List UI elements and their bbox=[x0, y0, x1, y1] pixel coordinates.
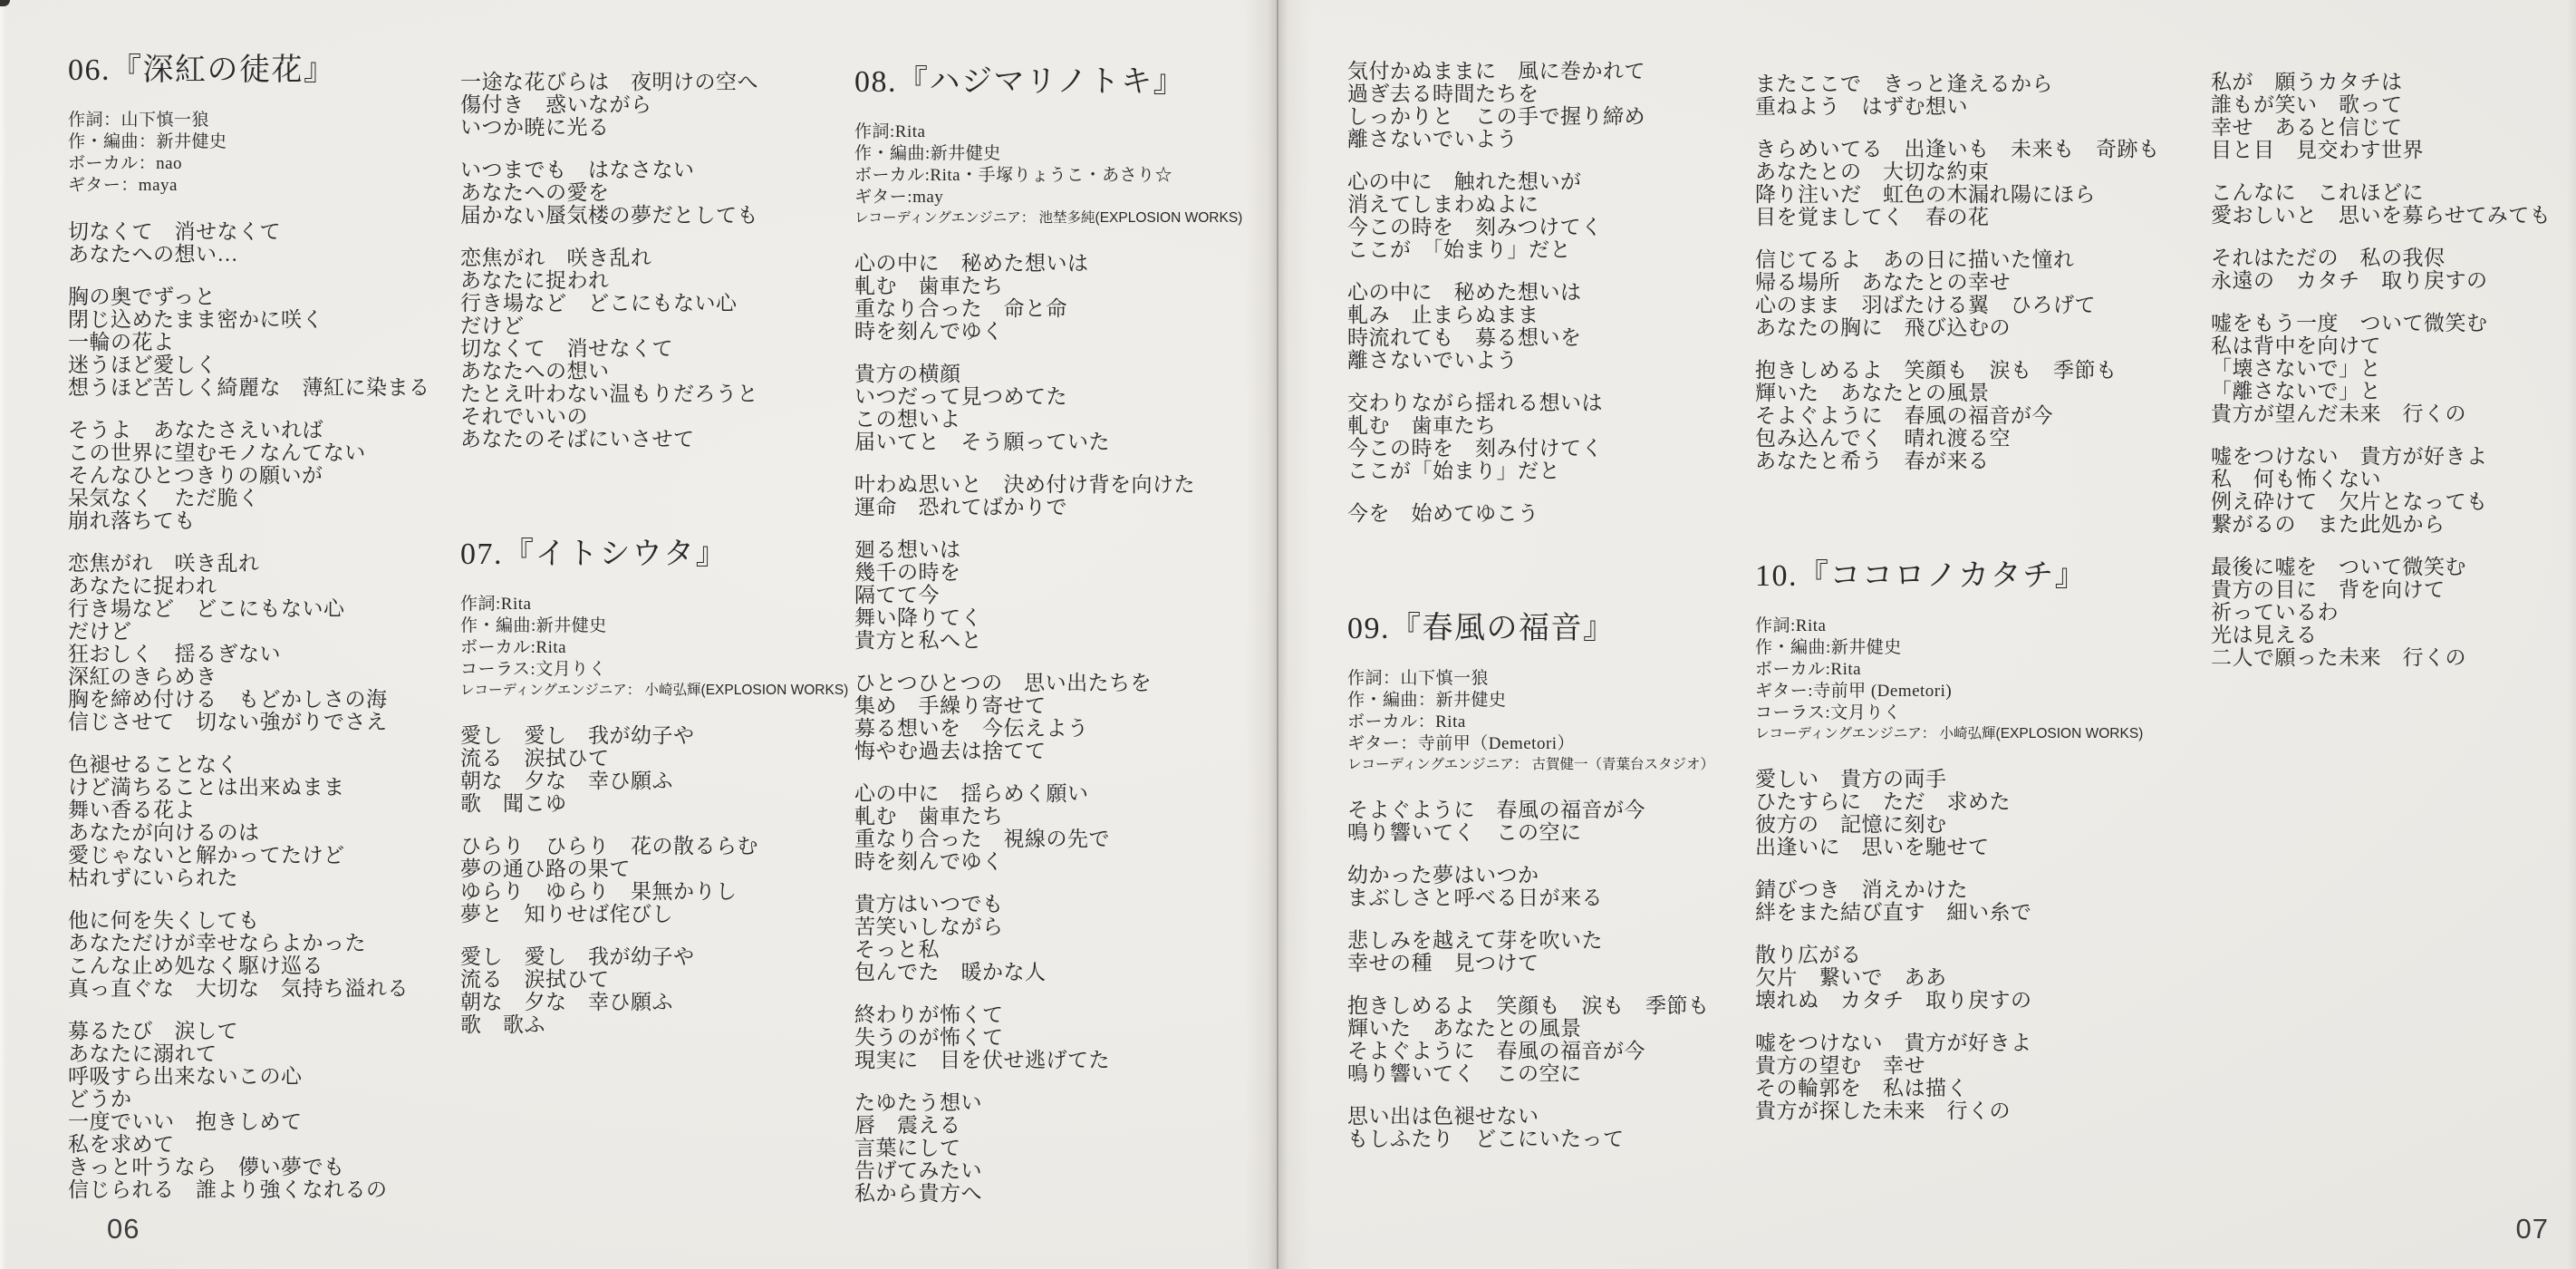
song-title: 10.『ココロノカタチ』 bbox=[1755, 556, 2170, 597]
lyric-line: 私 何も怖くない bbox=[2211, 468, 2576, 490]
lyric-line: 時流れても 募る想いを bbox=[1347, 326, 1757, 349]
lyric-line: 抱きしめるよ 笑顔も 涙も 季節も bbox=[1347, 994, 1757, 1017]
lyric-line: 悲しみを越えて芽を吹いた bbox=[1347, 929, 1757, 952]
stanza: 交わりながら揺れる想いは軋む 歯車たち今この時を 刻み付けてくここが「始まり」だ… bbox=[1347, 392, 1757, 482]
stanza: 心の中に 揺らめく願い軋む 歯車たち重なり合った 視線の先で時を刻んでゆく bbox=[854, 782, 1264, 873]
lyric-line: 今を 始めてゆこう bbox=[1347, 502, 1757, 525]
song-credits: 作詞：山下慎一狼作・編曲：新井健史ボーカル：Ritaギター：寺前甲（Demeto… bbox=[1347, 668, 1757, 775]
lyric-line: 祈っているわ bbox=[2211, 601, 2576, 624]
lyric-line: そよぐように 春風の福音が今 bbox=[1347, 799, 1757, 821]
lyric-line: そよぐように 春風の福音が今 bbox=[1347, 1040, 1757, 1062]
credit-line: ボーカル：Rita bbox=[1347, 712, 1757, 733]
lyric-line: 私が 願うカタチは bbox=[2211, 71, 2576, 93]
lyric-line: 傷付き 惑いながら bbox=[460, 93, 857, 116]
stanza: そうよ あなたさえいればこの世界に望むモノなんてないそんなひとつきりの願いが呆気… bbox=[68, 419, 459, 532]
lyric-line: 出逢いに 思いを馳せて bbox=[1755, 836, 2170, 858]
lyric-line: けど満ちることは出来ぬまま bbox=[68, 776, 459, 799]
scan-edge-left bbox=[0, 0, 6, 1269]
lyric-line: 切なくて 消せなくて bbox=[68, 220, 459, 243]
stanza: 嘘をつけない 貴方が好きよ私 何も怖くない例え砕けて 欠片となっても繋がるの ま… bbox=[2211, 445, 2576, 536]
lyric-line: だけど bbox=[460, 315, 857, 337]
lyric-line: ゆらり ゆらり 果無かりし bbox=[460, 880, 857, 903]
lyric-line: 永遠の カタチ 取り戻すの bbox=[2211, 269, 2576, 292]
credit-line: 作・編曲:新井健史 bbox=[460, 615, 857, 637]
lyric-line: しっかりと この手で握り締め bbox=[1347, 105, 1757, 128]
stanza: ひとつひとつの 思い出たちを集め 手繰り寄せて募る想いを 今伝えよう悔やむ過去は… bbox=[854, 672, 1264, 762]
credit-line: 作・編曲：新井健史 bbox=[68, 131, 459, 153]
lyric-line: 朝な 夕な 幸ひ願ふ bbox=[460, 991, 857, 1013]
lyric-line: あなたに溺れて bbox=[68, 1042, 459, 1065]
lyric-line: 舞い降りてく bbox=[854, 606, 1264, 629]
lyric-line: 輝いた あなたとの風景 bbox=[1755, 382, 2170, 404]
lyric-line: 幾千の時を bbox=[854, 561, 1264, 584]
credit-line: 作詞:Rita bbox=[460, 594, 857, 615]
lyric-line: 行き場など どこにもない心 bbox=[460, 292, 857, 315]
lyric-line: 悔やむ過去は捨てて bbox=[854, 740, 1264, 762]
stanza: 胸の奥でずっと閉じ込めたまま密かに咲く一輪の花よ迷うほど愛しく想うほど苦しく綺麗… bbox=[68, 286, 459, 399]
lyric-line: たとえ叶わない温もりだろうと bbox=[460, 383, 857, 405]
lyric-line: 募る想いを 今伝えよう bbox=[854, 717, 1264, 740]
stanza: 抱きしめるよ 笑顔も 涙も 季節も輝いた あなたとの風景そよぐように 春風の福音… bbox=[1755, 359, 2170, 472]
lyric-line: 愛し 愛し 我が幼子や bbox=[460, 945, 857, 968]
song-credits: 作詞:Rita作・編曲:新井健史ボーカル:Ritaギター:寺前甲 (Demeto… bbox=[1755, 615, 2170, 744]
lyric-line: 錆びつき 消えかけた bbox=[1755, 878, 2170, 901]
stanza: 散り広がる欠片 繋いで ああ壊れぬ カタチ 取り戻すの bbox=[1755, 944, 2170, 1012]
credit-line: コーラス:文月りく bbox=[460, 659, 857, 681]
stanza: たゆたう想い唇 震える言葉にして告げてみたい私から貴方へ bbox=[854, 1091, 1264, 1205]
lyric-line: 鳴り響いてく この空に bbox=[1347, 821, 1757, 844]
stanza: 愛し 愛し 我が幼子や流る 涙拭ひて朝な 夕な 幸ひ願ふ歌 歌ふ bbox=[460, 945, 857, 1036]
lyric-line: 降り注いだ 虹色の木漏れ陽にほら bbox=[1755, 183, 2170, 206]
lyric-line: いつまでも はなさない bbox=[460, 159, 857, 181]
stanza: 心の中に 触れた想いが消えてしまわぬよに今この時を 刻みつけてくここが 「始まり… bbox=[1347, 170, 1757, 261]
stanza: 切なくて 消せなくてあなたへの想い… bbox=[68, 220, 459, 266]
credit-line: 作詞：山下慎一狼 bbox=[1347, 668, 1757, 690]
stanza: 私が 願うカタチは誰もが笑い 歌って幸せ あると信じて目と目 見交わす世界 bbox=[2211, 71, 2576, 161]
lyric-line: 歌 歌ふ bbox=[460, 1013, 857, 1036]
lyric-line: 軋む 歯車たち bbox=[854, 275, 1264, 297]
lyric-line: 歌 聞こゆ bbox=[460, 792, 857, 815]
lyric-line: 切なくて 消せなくて bbox=[460, 337, 857, 360]
lyric-line: 今この時を 刻みつけてく bbox=[1347, 216, 1757, 238]
lyric-line: 貴方の横顔 bbox=[854, 363, 1264, 385]
lyric-line: あなたと希う 春が来る bbox=[1755, 450, 2170, 472]
lyric-line: あなたに捉われ bbox=[460, 269, 857, 292]
stanza: 恋焦がれ 咲き乱れあなたに捉われ行き場など どこにもない心だけど切なくて 消せな… bbox=[460, 247, 857, 450]
lyric-line: 心の中に 揺らめく願い bbox=[854, 782, 1264, 805]
lyric-line: 終わりが怖くて bbox=[854, 1003, 1264, 1026]
lyric-line: またここで きっと逢えるから bbox=[1755, 73, 2170, 95]
lyric-line: 離さないでいよう bbox=[1347, 349, 1757, 372]
lyric-line: その輪郭を 私は描く bbox=[1755, 1077, 2170, 1099]
lyric-line: あなたへの想い… bbox=[68, 243, 459, 266]
lyric-line: 信じさせて 切ない強がりでさえ bbox=[68, 711, 459, 733]
credit-line: 作・編曲:新井健史 bbox=[854, 143, 1264, 165]
lyric-line: 離さないでいよう bbox=[1347, 128, 1757, 150]
lyric-line: 壊れぬ カタチ 取り戻すの bbox=[1755, 989, 2170, 1012]
stanza: 貴方の横顔いつだって見つめてたこの想いよ届いてと そう願っていた bbox=[854, 363, 1264, 453]
lyric-line: 二人で願った未来 行くの bbox=[2211, 646, 2576, 669]
lyric-line: ひたすらに ただ 求めた bbox=[1755, 790, 2170, 813]
stanza: こんなに これほどに愛おしいと 思いを募らせてみても bbox=[2211, 181, 2576, 227]
lyric-line: 重ねよう はずむ想い bbox=[1755, 95, 2170, 118]
credit-line: ギター:寺前甲 (Demetori) bbox=[1755, 681, 2170, 702]
lyric-line: この世界に望むモノなんてない bbox=[68, 441, 459, 464]
stanza: 抱きしめるよ 笑顔も 涙も 季節も輝いた あなたとの風景そよぐように 春風の福音… bbox=[1347, 994, 1757, 1085]
stanza: 心の中に 秘めた想いは軋み 止まらぬまま時流れても 募る想いを離さないでいよう bbox=[1347, 281, 1757, 372]
lyric-line: 軋む 歯車たち bbox=[854, 805, 1264, 828]
lyric-line: 色褪せることなく bbox=[68, 753, 459, 776]
lyric-line: 貴方と私へと bbox=[854, 629, 1264, 652]
lyrics-column-4: 気付かぬままに 風に巻かれて過ぎ去る時間たちをしっかりと この手で握り締め離さな… bbox=[1347, 60, 1757, 1170]
lyric-line: 私は背中を向けて bbox=[2211, 334, 2576, 357]
lyric-line: 私から貴方へ bbox=[854, 1182, 1264, 1205]
credit-line: レコーディングエンジニア： 小崎弘輝(EXPLOSION WORKS) bbox=[460, 681, 857, 701]
lyric-line: 包んでた 暖かな人 bbox=[854, 961, 1264, 983]
lyric-line: 心のまま 羽ばたける翼 ひろげて bbox=[1755, 294, 2170, 316]
lyric-line: 心の中に 秘めた想いは bbox=[1347, 281, 1757, 304]
lyric-line: あなたへの愛を bbox=[460, 181, 857, 204]
lyric-line: 帰る場所 あなたとの幸せ bbox=[1755, 271, 2170, 294]
credit-line: 作詞:Rita bbox=[1755, 615, 2170, 637]
credit-line: 作・編曲：新井健史 bbox=[1347, 690, 1757, 712]
stanza: 今を 始めてゆこう bbox=[1347, 502, 1757, 525]
lyric-line: 鳴り響いてく この空に bbox=[1347, 1062, 1757, 1085]
lyric-line: 繋がるの また此処から bbox=[2211, 513, 2576, 536]
lyric-line: 嘘をもう一度 ついて微笑む bbox=[2211, 312, 2576, 334]
lyric-line: ひとつひとつの 思い出たちを bbox=[854, 672, 1264, 694]
credit-line: レコーディングエンジニア： 小崎弘輝(EXPLOSION WORKS) bbox=[1755, 724, 2170, 744]
lyric-line: 想うほど苦しく綺麗な 薄紅に染まる bbox=[68, 376, 459, 399]
lyric-line: 貴方はいつでも bbox=[854, 893, 1264, 915]
lyric-line: 愛し 愛し 我が幼子や bbox=[460, 724, 857, 747]
lyric-line: 例え砕けて 欠片となっても bbox=[2211, 490, 2576, 513]
lyric-line: 隔てて今 bbox=[854, 584, 1264, 606]
stanza: 叶わぬ思いと 決め付け背を向けた運命 恐れてばかりで bbox=[854, 473, 1264, 518]
lyric-line: 告げてみたい bbox=[854, 1159, 1264, 1182]
lyric-line: あなたの胸に 飛び込むの bbox=[1755, 316, 2170, 339]
lyric-line: 信じられる 誰より強くなれるの bbox=[68, 1178, 459, 1201]
booklet-spread: 06.『深紅の徒花』作詞：山下慎一狼作・編曲：新井健史ボーカル：naoギター：m… bbox=[0, 0, 2576, 1269]
lyric-line: あなたのそばにいさせて bbox=[460, 428, 857, 450]
lyric-line: 思い出は色褪せない bbox=[1347, 1105, 1757, 1128]
credit-line: ボーカル:Rita・手塚りょうこ・あさり☆ bbox=[854, 165, 1264, 187]
song-title: 06.『深紅の徒花』 bbox=[68, 50, 459, 92]
lyric-line: 嘘をつけない 貴方が好きよ bbox=[1755, 1032, 2170, 1054]
lyric-line: そよぐように 春風の福音が今 bbox=[1755, 404, 2170, 427]
lyric-line: 募るたび 涙して bbox=[68, 1020, 459, 1042]
credit-line: レコーディングエンジニア： 古賀健一（青葉台スタジオ） bbox=[1347, 755, 1757, 775]
lyric-line: そんなひとつきりの願いが bbox=[68, 464, 459, 487]
lyric-line: 最後に嘘を ついて微笑む bbox=[2211, 556, 2576, 578]
song-title: 08.『ハジマリノトキ』 bbox=[854, 62, 1264, 103]
scan-artifact bbox=[0, 0, 10, 6]
page-number-right: 07 bbox=[2516, 1213, 2549, 1245]
stanza: またここで きっと逢えるから重ねよう はずむ想い bbox=[1755, 73, 2170, 118]
lyric-line: 散り広がる bbox=[1755, 944, 2170, 966]
stanza: 一途な花びらは 夜明けの空へ傷付き 惑いながらいつか暁に光る bbox=[460, 71, 857, 139]
lyric-line: 呆気なく ただ脆く bbox=[68, 487, 459, 509]
stanza: 恋焦がれ 咲き乱れあなたに捉われ行き場など どこにもない心だけど狂おしく 揺るぎ… bbox=[68, 552, 459, 733]
lyric-line: ここが「始まり」だと bbox=[1347, 460, 1757, 482]
lyric-line: 他に何を失くしても bbox=[68, 909, 459, 932]
lyric-line: あなただけが幸せならよかった bbox=[68, 932, 459, 954]
lyric-line: 時を刻んでゆく bbox=[854, 320, 1264, 343]
stanza: それはただの 私の我侭永遠の カタチ 取り戻すの bbox=[2211, 247, 2576, 292]
lyric-line: だけど bbox=[68, 620, 459, 643]
lyric-line: どうか bbox=[68, 1088, 459, 1110]
lyric-line: 迷うほど愛しく bbox=[68, 354, 459, 376]
lyric-line: いつだって見つめてた bbox=[854, 385, 1264, 408]
lyric-line: 恋焦がれ 咲き乱れ bbox=[68, 552, 459, 575]
credit-line: ギター:may bbox=[854, 187, 1264, 208]
lyric-line: 輝いた あなたとの風景 bbox=[1347, 1017, 1757, 1040]
stanza: ひらり ひらり 花の散るらむ夢の通ひ路の果てゆらり ゆらり 果無かりし夢と 知り… bbox=[460, 835, 857, 925]
lyric-line: 欠片 繋いで ああ bbox=[1755, 966, 2170, 989]
lyric-line: 苦笑いしながら bbox=[854, 915, 1264, 938]
lyric-line: 今この時を 刻み付けてく bbox=[1347, 437, 1757, 460]
stanza: そよぐように 春風の福音が今鳴り響いてく この空に bbox=[1347, 799, 1757, 844]
credit-line: ボーカル:Rita bbox=[1755, 659, 2170, 681]
song-credits: 作詞:Rita作・編曲:新井健史ボーカル:Rita・手塚りょうこ・あさり☆ギター… bbox=[854, 121, 1264, 228]
lyric-line: 「壊さないで」と bbox=[2211, 357, 2576, 380]
lyrics-column-3: 08.『ハジマリノトキ』作詞:Rita作・編曲:新井健史ボーカル:Rita・手塚… bbox=[854, 62, 1264, 1225]
lyrics-column-6: 私が 願うカタチは誰もが笑い 歌って幸せ あると信じて目と目 見交わす世界こんな… bbox=[2211, 71, 2576, 689]
lyric-line: 消えてしまわぬよに bbox=[1347, 193, 1757, 216]
lyric-line: 閉じ込めたまま密かに咲く bbox=[68, 308, 459, 331]
lyric-line: 舞い香る花よ bbox=[68, 799, 459, 821]
lyric-line: 重なり合った 命と命 bbox=[854, 297, 1264, 320]
lyric-line: 愛しい 貴方の両手 bbox=[1755, 768, 2170, 790]
lyric-line: きっと叶うなら 儚い夢でも bbox=[68, 1156, 459, 1178]
lyric-line: 私を求めて bbox=[68, 1133, 459, 1156]
lyric-line: 貴方の目に 背を向けて bbox=[2211, 578, 2576, 601]
lyric-line: 夢の通ひ路の果て bbox=[460, 857, 857, 880]
stanza: 他に何を失くしてもあなただけが幸せならよかったこんな止め処なく駆け巡る真っ直ぐな… bbox=[68, 909, 459, 1000]
stanza: 信じてるよ あの日に描いた憧れ帰る場所 あなたとの幸せ心のまま 羽ばたける翼 ひ… bbox=[1755, 248, 2170, 339]
lyric-line: 心の中に 秘めた想いは bbox=[854, 252, 1264, 275]
stanza: 嘘をつけない 貴方が好きよ貴方の望む 幸せその輪郭を 私は描く貴方が探した未来 … bbox=[1755, 1032, 2170, 1122]
lyric-line: 嘘をつけない 貴方が好きよ bbox=[2211, 445, 2576, 468]
lyric-line: 胸の奥でずっと bbox=[68, 286, 459, 308]
song-credits: 作詞：山下慎一狼作・編曲：新井健史ボーカル：naoギター：maya bbox=[68, 110, 459, 197]
lyrics-column-1: 06.『深紅の徒花』作詞：山下慎一狼作・編曲：新井健史ボーカル：naoギター：m… bbox=[68, 50, 459, 1221]
credit-line: レコーディングエンジニア： 池埜多純(EXPLOSION WORKS) bbox=[854, 208, 1264, 228]
credit-line: 作・編曲:新井健史 bbox=[1755, 637, 2170, 659]
credit-line: コーラス:文月りく bbox=[1755, 702, 2170, 724]
credit-line: 作詞:Rita bbox=[854, 121, 1264, 143]
lyric-line: 朝な 夕な 幸ひ願ふ bbox=[460, 770, 857, 792]
lyric-line: 恋焦がれ 咲き乱れ bbox=[460, 247, 857, 269]
stanza: 終わりが怖くて失うのが怖くて現実に 目を伏せ逃げてた bbox=[854, 1003, 1264, 1071]
lyric-line: 心の中に 触れた想いが bbox=[1347, 170, 1757, 193]
song-credits: 作詞:Rita作・編曲:新井健史ボーカル:Ritaコーラス:文月りくレコーディン… bbox=[460, 594, 857, 701]
lyric-line: あなたに捉われ bbox=[68, 575, 459, 597]
lyric-line: いつか暁に光る bbox=[460, 116, 857, 139]
lyric-line: そっと私 bbox=[854, 938, 1264, 961]
credit-line: 作詞：山下慎一狼 bbox=[68, 110, 459, 131]
lyric-line: こんな止め処なく駆け巡る bbox=[68, 954, 459, 977]
stanza: 愛し 愛し 我が幼子や流る 涙拭ひて朝な 夕な 幸ひ願ふ歌 聞こゆ bbox=[460, 724, 857, 815]
lyric-line: まぶしさと呼べる日が来る bbox=[1347, 886, 1757, 909]
lyric-line: 重なり合った 視線の先で bbox=[854, 828, 1264, 850]
lyric-line: それでいいの bbox=[460, 405, 857, 428]
stanza: 幼かった夢はいつかまぶしさと呼べる日が来る bbox=[1347, 864, 1757, 909]
lyric-line: 行き場など どこにもない心 bbox=[68, 597, 459, 620]
lyric-line: 目を覚ましてく 春の花 bbox=[1755, 206, 2170, 228]
lyric-line: 抱きしめるよ 笑顔も 涙も 季節も bbox=[1755, 359, 2170, 382]
lyric-line: 幸せ あると信じて bbox=[2211, 116, 2576, 139]
lyric-line: あなたとの 大切な約束 bbox=[1755, 160, 2170, 183]
lyric-line: ここが 「始まり」だと bbox=[1347, 238, 1757, 261]
lyrics-column-5: またここで きっと逢えるから重ねよう はずむ想いきらめいてる 出逢いも 未来も … bbox=[1755, 73, 2170, 1142]
stanza: 廻る想いは幾千の時を隔てて今舞い降りてく貴方と私へと bbox=[854, 538, 1264, 652]
lyric-line: 夢と 知りせば侘びし bbox=[460, 903, 857, 925]
lyric-line: 幸せの種 見つけて bbox=[1347, 952, 1757, 974]
lyric-line: 幼かった夢はいつか bbox=[1347, 864, 1757, 886]
stanza: 貴方はいつでも苦笑いしながらそっと私包んでた 暖かな人 bbox=[854, 893, 1264, 983]
lyric-line: 狂おしく 揺るぎない bbox=[68, 643, 459, 665]
lyric-line: こんなに これほどに bbox=[2211, 181, 2576, 204]
lyric-line: この想いよ bbox=[854, 408, 1264, 431]
song-title: 09.『春風の福音』 bbox=[1347, 608, 1757, 650]
stanza: 心の中に 秘めた想いは軋む 歯車たち重なり合った 命と命時を刻んでゆく bbox=[854, 252, 1264, 343]
lyric-line: きらめいてる 出逢いも 未来も 奇跡も bbox=[1755, 138, 2170, 160]
credit-line: ギター：maya bbox=[68, 175, 459, 197]
stanza: 色褪せることなくけど満ちることは出来ぬまま舞い香る花よあなたが向けるのは愛じゃな… bbox=[68, 753, 459, 889]
lyric-line: 一輪の花よ bbox=[68, 331, 459, 354]
lyric-line: そうよ あなたさえいれば bbox=[68, 419, 459, 441]
lyric-line: 時を刻んでゆく bbox=[854, 850, 1264, 873]
lyric-line: 届かない蜃気楼の夢だとしても bbox=[460, 204, 857, 227]
lyric-line: 過ぎ去る時間たちを bbox=[1347, 82, 1757, 105]
lyric-line: 一度でいい 抱きしめて bbox=[68, 1110, 459, 1133]
stanza: 悲しみを越えて芽を吹いた幸せの種 見つけて bbox=[1347, 929, 1757, 974]
lyric-line: あなたが向けるのは bbox=[68, 821, 459, 844]
lyric-line: 貴方が望んだ未来 行くの bbox=[2211, 402, 2576, 425]
lyric-line: 絆をまた結び直す 細い糸で bbox=[1755, 901, 2170, 924]
lyric-line: 叶わぬ思いと 決め付け背を向けた bbox=[854, 473, 1264, 496]
credit-line: ギター：寺前甲（Demetori） bbox=[1347, 733, 1757, 755]
stanza: 錆びつき 消えかけた絆をまた結び直す 細い糸で bbox=[1755, 878, 2170, 924]
lyric-line: 流る 涙拭ひて bbox=[460, 747, 857, 770]
lyric-line: 愛じゃないと解かってたけど bbox=[68, 844, 459, 867]
page-fold-line bbox=[1277, 0, 1278, 1269]
lyric-line: 流る 涙拭ひて bbox=[460, 968, 857, 991]
lyric-line: 愛おしいと 思いを募らせてみても bbox=[2211, 204, 2576, 227]
lyric-line: 信じてるよ あの日に描いた憧れ bbox=[1755, 248, 2170, 271]
lyric-line: ひらり ひらり 花の散るらむ bbox=[460, 835, 857, 857]
lyric-line: それはただの 私の我侭 bbox=[2211, 247, 2576, 269]
lyric-line: あなたへの想い bbox=[460, 360, 857, 383]
lyric-line: 集め 手繰り寄せて bbox=[854, 694, 1264, 717]
lyric-line: 包み込んでく 晴れ渡る空 bbox=[1755, 427, 2170, 450]
lyric-line: 胸を締め付ける もどかしさの海 bbox=[68, 688, 459, 711]
lyric-line: 軋む 歯車たち bbox=[1347, 414, 1757, 437]
lyric-line: 深紅のきらめき bbox=[68, 665, 459, 688]
lyric-line: 貴方の望む 幸せ bbox=[1755, 1054, 2170, 1077]
lyric-line: 目と目 見交わす世界 bbox=[2211, 139, 2576, 161]
credit-line: ボーカル：nao bbox=[68, 153, 459, 175]
lyric-line: 交わりながら揺れる想いは bbox=[1347, 392, 1757, 414]
lyric-line: 崩れ落ちても bbox=[68, 509, 459, 532]
credit-line: ボーカル:Rita bbox=[460, 637, 857, 659]
lyric-line: 一途な花びらは 夜明けの空へ bbox=[460, 71, 857, 93]
lyric-line: 彼方の 記憶に刻む bbox=[1755, 813, 2170, 836]
lyric-line: 呼吸すら出来ないこの心 bbox=[68, 1065, 459, 1088]
lyric-line: たゆたう想い bbox=[854, 1091, 1264, 1114]
lyrics-column-2: 一途な花びらは 夜明けの空へ傷付き 惑いながらいつか暁に光るいつまでも はなさな… bbox=[460, 71, 857, 1056]
stanza: 募るたび 涙してあなたに溺れて呼吸すら出来ないこの心どうか一度でいい 抱きしめて… bbox=[68, 1020, 459, 1201]
song-title: 07.『イトシウタ』 bbox=[460, 534, 857, 576]
stanza: きらめいてる 出逢いも 未来も 奇跡もあなたとの 大切な約束降り注いだ 虹色の木… bbox=[1755, 138, 2170, 228]
lyric-line: 唇 震える bbox=[854, 1114, 1264, 1137]
stanza: 思い出は色褪せないもしふたり どこにいたって bbox=[1347, 1105, 1757, 1150]
lyric-line: 枯れずにいられた bbox=[68, 867, 459, 889]
lyric-line: 軋み 止まらぬまま bbox=[1347, 304, 1757, 326]
lyric-line: もしふたり どこにいたって bbox=[1347, 1128, 1757, 1150]
lyric-line: 運命 恐れてばかりで bbox=[854, 496, 1264, 518]
lyric-line: 言葉にして bbox=[854, 1137, 1264, 1159]
stanza: 最後に嘘を ついて微笑む貴方の目に 背を向けて祈っているわ光は見える二人で願った… bbox=[2211, 556, 2576, 669]
stanza: 愛しい 貴方の両手ひたすらに ただ 求めた彼方の 記憶に刻む出逢いに 思いを馳せ… bbox=[1755, 768, 2170, 858]
stanza: いつまでも はなさないあなたへの愛を届かない蜃気楼の夢だとしても bbox=[460, 159, 857, 227]
lyric-line: 廻る想いは bbox=[854, 538, 1264, 561]
lyric-line: 光は見える bbox=[2211, 624, 2576, 646]
lyric-line: 貴方が探した未来 行くの bbox=[1755, 1099, 2170, 1122]
lyric-line: 誰もが笑い 歌って bbox=[2211, 93, 2576, 116]
stanza: 気付かぬままに 風に巻かれて過ぎ去る時間たちをしっかりと この手で握り締め離さな… bbox=[1347, 60, 1757, 150]
lyric-line: 届いてと そう願っていた bbox=[854, 431, 1264, 453]
stanza: 嘘をもう一度 ついて微笑む私は背中を向けて「壊さないで」と「離さないで」と貴方が… bbox=[2211, 312, 2576, 425]
lyric-line: 失うのが怖くて bbox=[854, 1026, 1264, 1049]
page-number-left: 06 bbox=[107, 1213, 140, 1245]
lyric-line: 気付かぬままに 風に巻かれて bbox=[1347, 60, 1757, 82]
lyric-line: 真っ直ぐな 大切な 気持ち溢れる bbox=[68, 977, 459, 1000]
lyric-line: 「離さないで」と bbox=[2211, 380, 2576, 402]
lyric-line: 現実に 目を伏せ逃げてた bbox=[854, 1049, 1264, 1071]
